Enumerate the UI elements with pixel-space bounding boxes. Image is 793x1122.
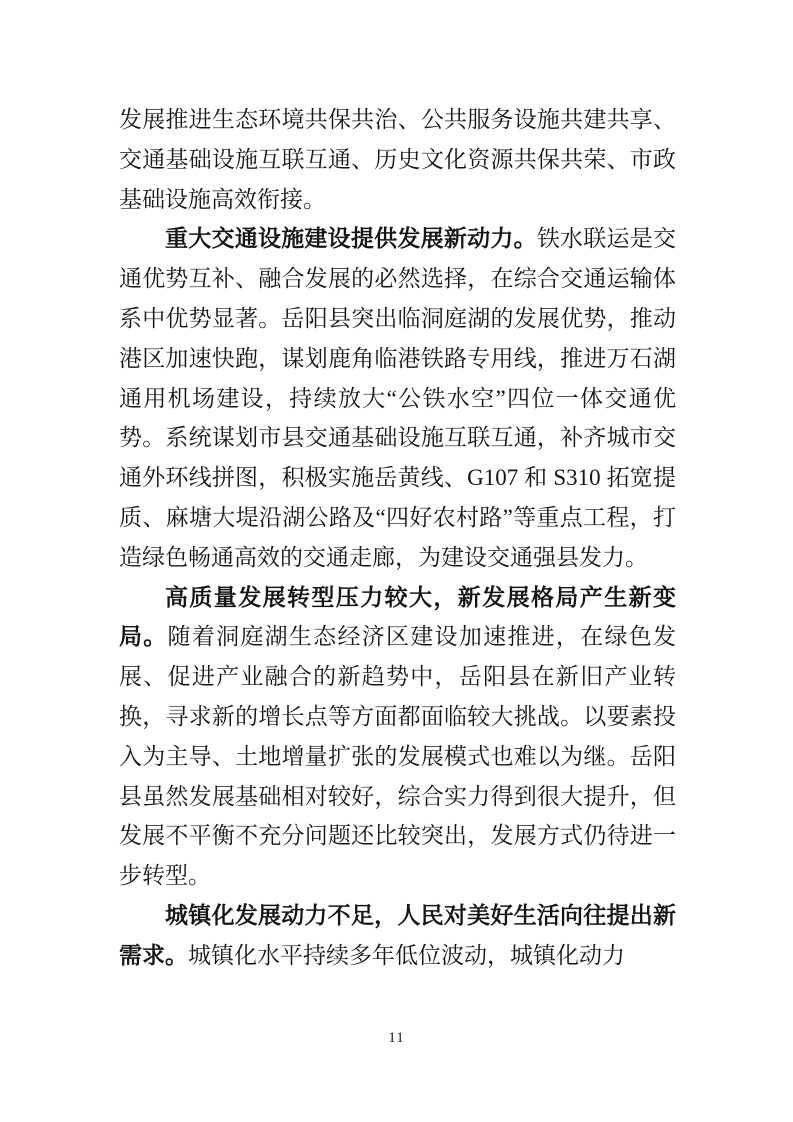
document-page: 发展推进生态环境共保共治、公共服务设施共建共享、交通基础设施互联互通、历史文化资…: [0, 0, 793, 1122]
page-number: 11: [0, 1030, 793, 1047]
paragraph-urbanization: 城镇化发展动力不足，人民对美好生活向往提出新需求。城镇化水平持续多年低位波动，城…: [119, 896, 676, 976]
document-body: 发展推进生态环境共保共治、公共服务设施共建共享、交通基础设施互联互通、历史文化资…: [119, 0, 676, 976]
paragraph-high-quality-development: 高质量发展转型压力较大，新发展格局产生新变局。随着洞庭湖生态经济区建设加速推进，…: [119, 578, 676, 896]
paragraph-text: 铁水联运是交通优势互补、融合发展的必然选择，在综合交通运输体系中优势显著。岳阳县…: [119, 226, 676, 569]
paragraph-text: 发展推进生态环境共保共治、公共服务设施共建共享、交通基础设施互联互通、历史文化资…: [119, 107, 676, 212]
paragraph-text: 城镇化水平持续多年低位波动，城镇化动力: [188, 943, 625, 968]
paragraph-major-transport: 重大交通设施建设提供发展新动力。铁水联运是交通优势互补、融合发展的必然选择，在综…: [119, 219, 676, 577]
paragraph-lead: 重大交通设施建设提供发展新动力。: [165, 226, 537, 251]
paragraph-text: 随着洞庭湖生态经济区建设加速推进，在绿色发展、促进产业融合的新趋势中，岳阳县在新…: [119, 624, 676, 888]
paragraph-continuation: 发展推进生态环境共保共治、公共服务设施共建共享、交通基础设施互联互通、历史文化资…: [119, 100, 676, 219]
